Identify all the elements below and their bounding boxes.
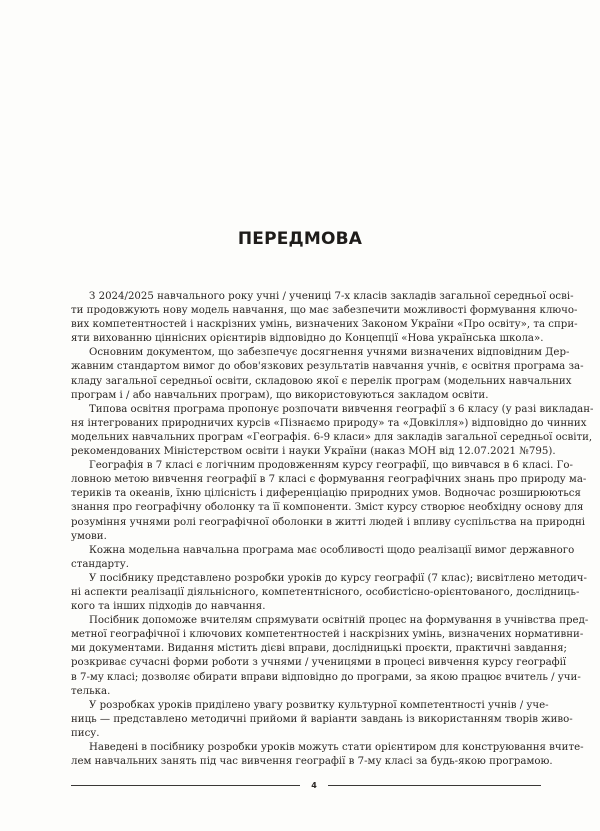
paragraph: У посібнику представлено розробки уроків… <box>71 572 541 614</box>
footer-rule-left <box>71 785 300 786</box>
text-line: яти вихованню ціннісних орієнтирів відпо… <box>71 332 541 346</box>
text-line: ниць — представлено методичні прийоми й … <box>71 713 541 727</box>
text-line: ні аспекти реалізації діяльнісного, комп… <box>71 586 541 600</box>
text-line: вих компетентностей і наскрізних умінь, … <box>71 318 541 332</box>
text-line: У посібнику представлено розробки уроків… <box>71 572 541 586</box>
text-line: жавним стандартом вимог до обов'язкових … <box>71 360 541 374</box>
text-line: Наведені в посібнику розробки уроків мож… <box>71 741 541 755</box>
text-line: Географія в 7 класі є логічним продовжен… <box>71 459 541 473</box>
text-line: У розробках уроків приділено увагу розви… <box>71 699 541 713</box>
text-line: розуміння учнями ролі географічної оболо… <box>71 516 541 530</box>
paragraph: Географія в 7 класі є логічним продовжен… <box>71 459 541 544</box>
text-line: ми документами. Видання містить дієві вп… <box>71 642 541 656</box>
page-footer: 4 <box>71 779 541 793</box>
text-line: знання про географічну оболонку та її ко… <box>71 501 541 515</box>
text-line: в 7-му класі; дозволяє обирати вправи ві… <box>71 671 541 685</box>
text-line: Типова освітня програма пропонує розпоча… <box>71 403 541 417</box>
footer-rule-right <box>328 785 541 786</box>
text-line: метної географічної і ключових компетент… <box>71 628 541 642</box>
paragraph: Типова освітня програма пропонує розпоча… <box>71 403 541 459</box>
text-line: кладу загальної середньої освіти, складо… <box>71 375 541 389</box>
paragraph: З 2024/2025 навчального року учні / учен… <box>71 290 541 346</box>
text-line: Посібник допоможе вчителям спрямувати ос… <box>71 614 541 628</box>
text-line: териків та океанів, їхню цілісність і ди… <box>71 487 541 501</box>
paragraph: Посібник допоможе вчителям спрямувати ос… <box>71 614 541 699</box>
text-line: стандарту. <box>71 558 541 572</box>
text-line: Кожна модельна навчальна програма має ос… <box>71 544 541 558</box>
text-line: умови. <box>71 530 541 544</box>
text-line: модельних навчальних програм «Географія.… <box>71 431 541 445</box>
text-line: ти продовжують нову модель навчання, що … <box>71 304 541 318</box>
text-line: ня інтегрованих природничих курсів «Пізн… <box>71 417 541 431</box>
paragraph: Основним документом, що забезпечує досяг… <box>71 346 541 402</box>
preface-body: З 2024/2025 навчального року учні / учен… <box>71 290 541 769</box>
text-line: пису. <box>71 727 541 741</box>
text-line: лем навчальних занять під час вивчення г… <box>71 755 541 769</box>
paragraph: У розробках уроків приділено увагу розви… <box>71 699 541 741</box>
page-title: ПЕРЕДМОВА <box>0 229 600 249</box>
text-line: телька. <box>71 685 541 699</box>
text-line: розкриває сучасні форми роботи з учнями … <box>71 656 541 670</box>
text-line: кого та інших підходів до навчання. <box>71 600 541 614</box>
text-line: ловною метою вивчення географії в 7 клас… <box>71 473 541 487</box>
paragraph: Наведені в посібнику розробки уроків мож… <box>71 741 541 769</box>
paragraph: Кожна модельна навчальна програма має ос… <box>71 544 541 572</box>
text-line: програм і / або навчальних програм), що … <box>71 389 541 403</box>
text-line: Основним документом, що забезпечує досяг… <box>71 346 541 360</box>
text-line: рекомендованих Міністерством освіти і на… <box>71 445 541 459</box>
page-number: 4 <box>300 779 328 793</box>
text-line: З 2024/2025 навчального року учні / учен… <box>71 290 541 304</box>
